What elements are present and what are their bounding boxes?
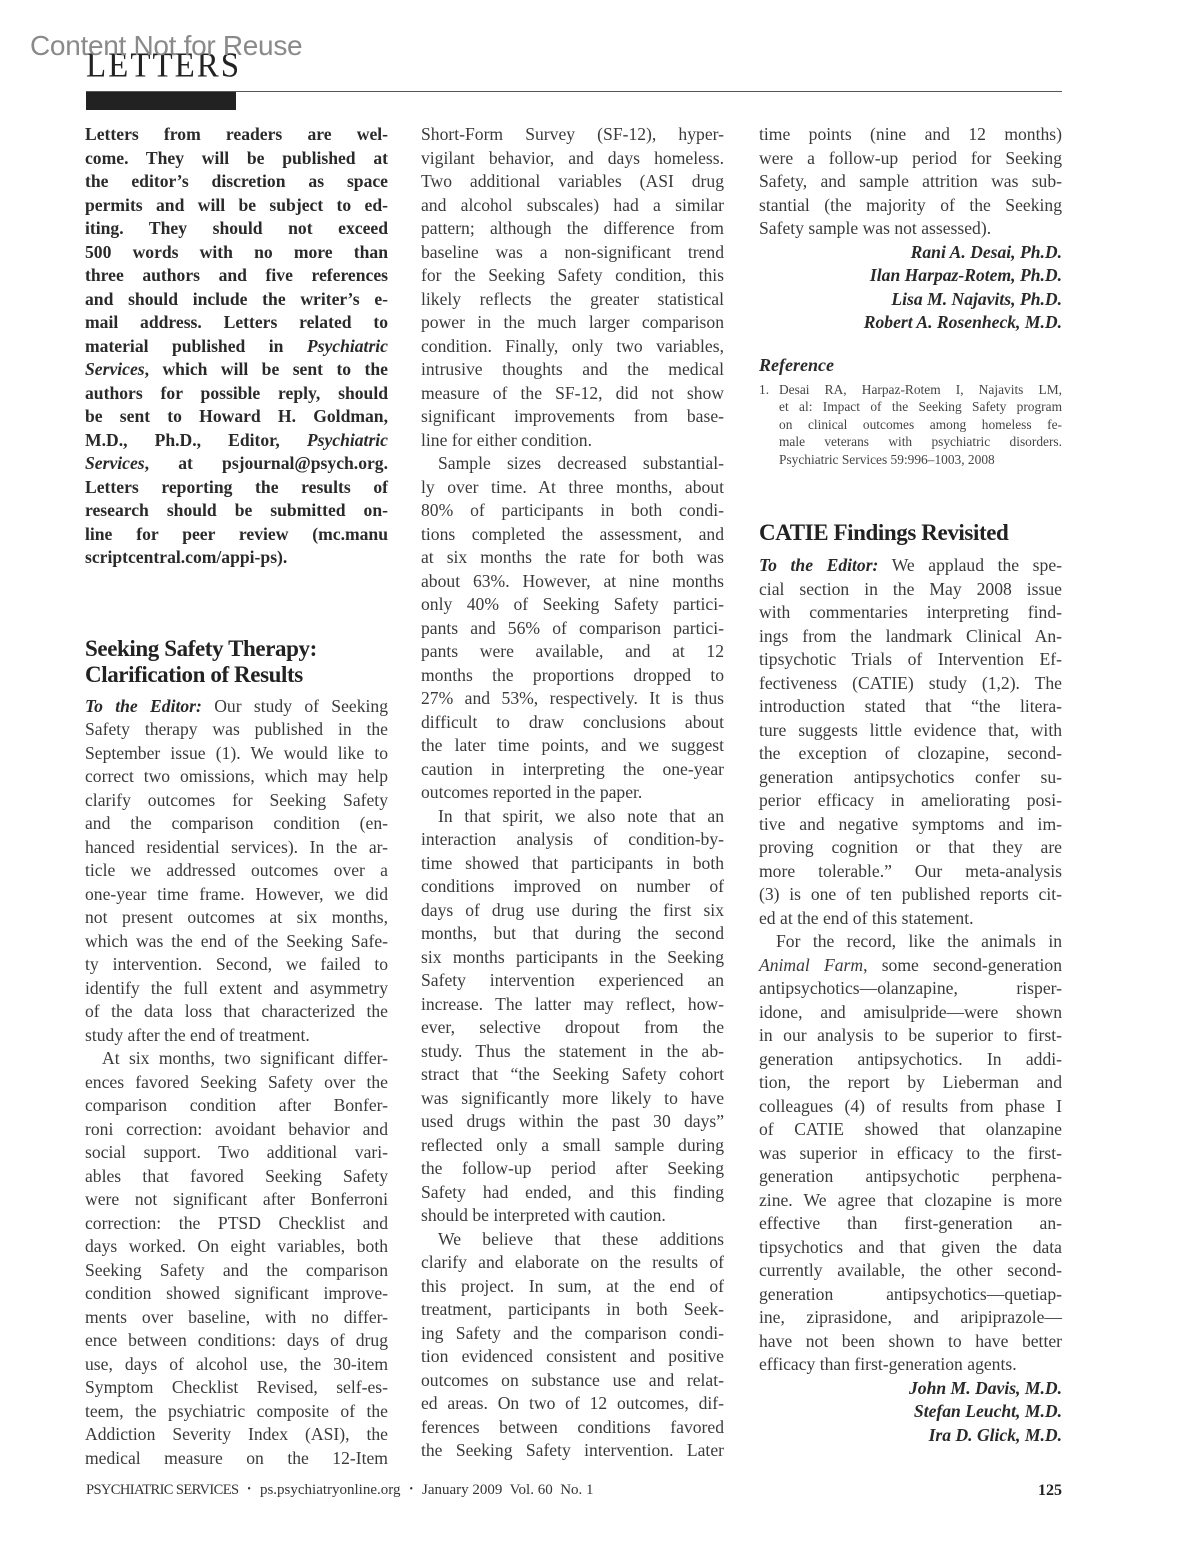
body-line: clarify and elaborate on the results of [421,1251,724,1275]
body-line: of CATIE showed that olanzapine [759,1118,1062,1142]
body-line: September issue (1). We would like to [85,742,388,766]
journal-name: Psychiatric [307,336,388,356]
intro-line: research should be submitted on- [85,499,388,523]
body-line: Safety therapy was published in the [85,718,388,742]
intro-line: Letters reporting the results of [85,476,388,500]
journal-name: Psychiatric [307,430,388,450]
body-line: days of drug use during the first six [421,899,724,923]
body-line: Seeking Safety and the comparison [85,1259,388,1283]
body-line: ences favored Seeking Safety over the [85,1071,388,1095]
body-line: vigilant behavior, and days homeless. [421,147,724,171]
body-line: clarify outcomes for Seeking Safety [85,789,388,813]
intro-line: permits and will be subject to ed- [85,194,388,218]
body-line: Two additional variables (ASI drug [421,170,724,194]
intro-line: be sent to Howard H. Goldman, [85,405,388,429]
body-line: power in the much larger comparison [421,311,724,335]
body-line: interaction analysis of condition-by- [421,828,724,852]
footer-url: ps.psychiatryonline.org [260,1482,401,1498]
body-line: stract that “the Seeking Safety cohort [421,1063,724,1087]
body-line: In that spirit, we also note that an [421,805,724,829]
column-right: time points (nine and 12 months) were a … [759,123,1062,1447]
body-line: was superior in efficacy to the first- [759,1142,1062,1166]
body-line: treatment, participants in both Seek- [421,1298,724,1322]
body-line: pants were available, and at 12 [421,640,724,664]
body-line: Symptom Checklist Revised, self-es- [85,1376,388,1400]
page-number: 125 [1038,1482,1062,1500]
body-line: line for either condition. [421,429,724,453]
body-line: stantial (the majority of the Seeking [759,194,1062,218]
column-middle: Short-Form Survey (SF-12), hyper- vigila… [421,123,724,1463]
body-line: For the record, like the animals in [759,930,1062,954]
body-line: the later time points, and we suggest [421,734,724,758]
letter2-title: CATIE Findings Revisited [759,520,1062,546]
body-line: and alcohol subscales) had a similar [421,194,724,218]
letters-intro: Letters from readers are wel- come. They… [85,123,388,570]
body-line: increase. The latter may reflect, how- [421,993,724,1017]
body-line: correction: the PTSD Checklist and [85,1212,388,1236]
body-line: the exception of clozapine, second- [759,742,1062,766]
body-line: not present outcomes at six months, [85,906,388,930]
body-line: time showed that participants in both [421,852,724,876]
body-line: tipsychotics and that given the data [759,1236,1062,1260]
intro-line: and should include the writer’s e- [85,288,388,312]
body-line: ture suggests little evidence that, with [759,719,1062,743]
body-line: correct two omissions, which may help [85,765,388,789]
body-line: ever, selective dropout from the [421,1016,724,1040]
body-line: which was the end of the Seeking Safe- [85,930,388,954]
body-line: Sample sizes decreased substantial- [421,452,724,476]
body-line: Animal Farm, some second-generation [759,954,1062,978]
body-line: in our analysis to be superior to first- [759,1024,1062,1048]
body-line: difficult to draw conclusions about [421,711,724,735]
body-line: Safety had ended, and this finding [421,1181,724,1205]
letter2-body: To the Editor: We applaud the spe- cial … [759,554,1062,1377]
body-line: were not significant after Bonferroni [85,1188,388,1212]
column-left: Letters from readers are wel- come. They… [85,123,388,1470]
body-line: colleagues (4) of results from phase I [759,1095,1062,1119]
letter1-title: Seeking Safety Therapy: Clarification of… [85,636,388,688]
intro-line: mail address. Letters related to [85,311,388,335]
letter1-signatures: Rani A. Desai, Ph.D. Ilan Harpaz-Rotem, … [759,241,1062,335]
intro-line: M.D., Ph.D., Editor, Psychiatric [85,429,388,453]
author-signature: John M. Davis, M.D. [759,1377,1062,1401]
intro-line: the editor’s discretion as space [85,170,388,194]
body-line: used drugs within the past 30 days” [421,1110,724,1134]
reference-item: 1. Desai RA, Harpaz-Rotem I, Najavits LM… [759,381,1062,469]
body-line: At six months, two significant differ- [85,1047,388,1071]
intro-line: 500 words with no more than [85,241,388,265]
author-signature: Robert A. Rosenheck, M.D. [759,311,1062,335]
body-line: caution in interpreting the one-year [421,758,724,782]
footer-journal-name: PSYCHIATRIC SERVICES [86,1482,238,1498]
body-line: tion, the report by Lieberman and [759,1071,1062,1095]
body-line: generation antipsychotics—quetiap- [759,1283,1062,1307]
body-line: Safety intervention experienced an [421,969,724,993]
letter2-signatures: John M. Davis, M.D. Stefan Leucht, M.D. … [759,1377,1062,1448]
body-line: was significantly more likely to have [421,1087,724,1111]
body-line: cial section in the May 2008 issue [759,578,1062,602]
body-line: efficacy than first-generation agents. [759,1353,1062,1377]
body-line: ables that favored Seeking Safety [85,1165,388,1189]
footer-separator: • [409,1484,413,1495]
editor-email: , at psjournal@psych.org. [145,453,388,473]
to-the-editor: To the Editor: [759,555,878,575]
body-line: pattern; although the difference from [421,217,724,241]
body-line: identify the full extent and asymmetry [85,977,388,1001]
author-signature: Ilan Harpaz-Rotem, Ph.D. [759,264,1062,288]
intro-line: iting. They should not exceed [85,217,388,241]
intro-line: Services, at psjournal@psych.org. [85,452,388,476]
reference-heading: Reference [759,353,1062,377]
body-line: Addiction Severity Index (ASI), the [85,1423,388,1447]
body-line: ly over time. At three months, about [421,476,724,500]
body-line: ferences between conditions favored [421,1416,724,1440]
book-title: Animal Farm [759,955,863,975]
body-line: ments over baseline, with no differ- [85,1306,388,1330]
body-line: intrusive thoughts and the medical [421,358,724,382]
body-line: measure of the SF-12, did not show [421,382,724,406]
body-line: ence between conditions: days of drug [85,1329,388,1353]
body-line: ed areas. On two of 12 outcomes, dif- [421,1392,724,1416]
body-line: time points (nine and 12 months) [759,123,1062,147]
body-line: the follow-up period after Seeking [421,1157,724,1181]
journal-name: Services [85,453,145,473]
footer-issue: January 2009 Vol. 60 No. 1 [422,1482,594,1498]
body-line: conditions improved on number of [421,875,724,899]
body-line: perior efficacy in ameliorating posi- [759,789,1062,813]
body-line: significant improvements from base- [421,405,724,429]
body-line: hanced residential services). In the ar- [85,836,388,860]
body-line: generation antipsychotic perphena- [759,1165,1062,1189]
reference-number: 1. [759,381,769,399]
body-line: pants and 56% of comparison partici- [421,617,724,641]
intro-line: come. They will be published at [85,147,388,171]
body-line: introduction stated that “the litera- [759,695,1062,719]
body-line: teem, the psychiatric composite of the [85,1400,388,1424]
body-line: tion evidenced consistent and positive [421,1345,724,1369]
body-line: To the Editor: We applaud the spe- [759,554,1062,578]
body-line: medical measure on the 12-Item [85,1447,388,1471]
body-line: idone, and amisulpride—were shown [759,1001,1062,1025]
body-line: We believe that these additions [421,1228,724,1252]
body-line: condition showed significant improve- [85,1282,388,1306]
to-the-editor: To the Editor: [85,696,202,716]
body-line: for the Seeking Safety condition, this [421,264,724,288]
body-line: tive and negative symptoms and im- [759,813,1062,837]
body-line: antipsychotics—olanzapine, risper- [759,977,1062,1001]
body-line: effective than first-generation an- [759,1212,1062,1236]
body-line: generation antipsychotics. In addi- [759,1048,1062,1072]
body-line: Safety sample was not assessed). [759,217,1062,241]
header-rule-bar [86,92,236,110]
body-line: the Seeking Safety intervention. Later [421,1439,724,1463]
body-line: reflected only a small sample during [421,1134,724,1158]
body-line: fectiveness (CATIE) study (1,2). The [759,672,1062,696]
body-line: and the comparison condition (en- [85,812,388,836]
body-line: with commentaries interpreting find- [759,601,1062,625]
body-line: months, but that during the second [421,922,724,946]
author-signature: Ira D. Glick, M.D. [759,1424,1062,1448]
intro-line: material published in Psychiatric [85,335,388,359]
author-signature: Lisa M. Najavits, Ph.D. [759,288,1062,312]
body-line: (3) is one of ten published reports cit- [759,883,1062,907]
body-line: outcomes reported in the paper. [421,781,724,805]
body-line: ings from the landmark Clinical An- [759,625,1062,649]
intro-line: Letters from readers are wel- [85,123,388,147]
body-line: outcomes on substance use and relat- [421,1369,724,1393]
intro-line: line for peer review (mc.manu [85,523,388,547]
body-line: ty intervention. Second, we failed to [85,953,388,977]
body-line: days worked. On eight variables, both [85,1235,388,1259]
body-line: ing Safety and the comparison condi- [421,1322,724,1346]
intro-line: scriptcentral.com/appi-ps). [85,546,388,570]
body-line: generation antipsychotics confer su- [759,766,1062,790]
page-footer: PSYCHIATRIC SERVICES•ps.psychiatryonline… [86,1482,1062,1504]
body-line: ine, ziprasidone, and aripiprazole— [759,1306,1062,1330]
body-line: study. Thus the statement in the ab- [421,1040,724,1064]
body-line: have not been shown to have better [759,1330,1062,1354]
body-line: six months participants in the Seeking [421,946,724,970]
intro-line: authors for possible reply, should [85,382,388,406]
body-line: more tolerable.” Our meta-analysis [759,860,1062,884]
intro-line: three authors and five references [85,264,388,288]
body-line: tions completed the assessment, and [421,523,724,547]
body-line: likely reflects the greater statistical [421,288,724,312]
body-line: baseline was a non-significant trend [421,241,724,265]
body-line: ticle we addressed outcomes over a [85,859,388,883]
body-line: tipsychotic Trials of Intervention Ef- [759,648,1062,672]
journal-name: Services [85,359,145,379]
intro-line: Services, which will be sent to the [85,358,388,382]
letter1-body: To the Editor: Our study of Seeking Safe… [85,695,388,1471]
author-signature: Stefan Leucht, M.D. [759,1400,1062,1424]
body-line: study after the end of treatment. [85,1024,388,1048]
body-line: roni correction: avoidant behavior and [85,1118,388,1142]
body-line: social support. Two additional vari- [85,1141,388,1165]
body-line: zine. We agree that clozapine is more [759,1189,1062,1213]
body-line: should be interpreted with caution. [421,1204,724,1228]
body-line: Safety, and sample attrition was sub- [759,170,1062,194]
body-line: this project. In sum, at the end of [421,1275,724,1299]
body-line: currently available, the other second- [759,1259,1062,1283]
body-line: comparison condition after Bonfer- [85,1094,388,1118]
body-line: 27% and 53%, respectively. It is thus [421,687,724,711]
body-line: Short-Form Survey (SF-12), hyper- [421,123,724,147]
footer-separator: • [247,1484,251,1495]
body-line: at six months the rate for both was [421,546,724,570]
body-line: one-year time frame. However, we did [85,883,388,907]
body-line: months the proportions dropped to [421,664,724,688]
body-line: 80% of participants in both condi- [421,499,724,523]
body-line: To the Editor: Our study of Seeking [85,695,388,719]
body-line: proving cognition or that they are [759,836,1062,860]
body-line: were a follow-up period for Seeking [759,147,1062,171]
body-line: about 63%. However, at nine months [421,570,724,594]
body-line: use, days of alcohol use, the 30-item [85,1353,388,1377]
body-line: condition. Finally, only two variables, [421,335,724,359]
author-signature: Rani A. Desai, Ph.D. [759,241,1062,265]
body-line: of the data loss that characterized the [85,1000,388,1024]
watermark: Content Not for Reuse [30,30,302,62]
body-line: only 40% of Seeking Safety partici- [421,593,724,617]
body-line: ed at the end of this statement. [759,907,1062,931]
